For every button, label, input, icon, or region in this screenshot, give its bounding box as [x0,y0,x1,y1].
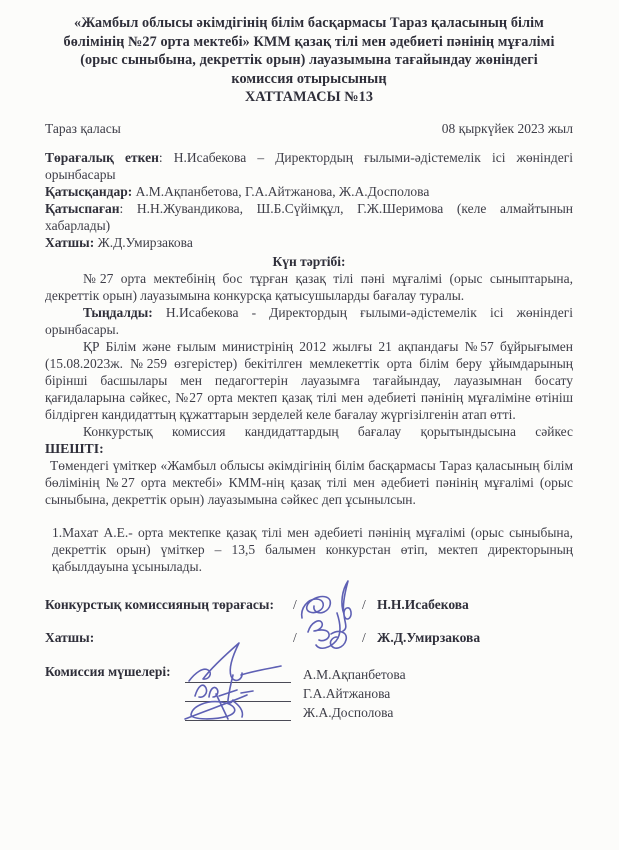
member-3-name: Ж.А.Досполова [303,704,393,721]
secretary-label: Хатшы: [45,235,94,250]
chaired-by-label: Төрағалық еткен [45,150,159,165]
member-3-signature-icon [183,687,287,723]
secretary-value: Ж.Д.Умирзакова [94,235,193,250]
title-line-2: бөлімінің №27 орта мектебі» КММ қазақ ті… [45,33,573,52]
slash-separator: / [293,597,297,613]
agenda-paragraph: №27 орта мектебінің бос тұрған қазақ тіл… [45,270,573,304]
attendees-value: А.М.Ақпанбетова, Г.А.Айтжанова, Ж.А.Досп… [132,184,429,199]
slash-separator: / [362,630,366,646]
agenda-heading: Күн тәртібі: [45,253,573,270]
document-title: «Жамбыл облысы әкімдігінің білім басқарм… [45,14,573,107]
heard-label: Тыңдалды: [83,305,153,320]
candidate-item: 1.Махат А.Е.- орта мектепке қазақ тілі м… [52,524,573,575]
attendees-line: Қатысқандар: А.М.Ақпанбетова, Г.А.Айтжан… [45,183,573,200]
title-line-4: комиссия отырысының [45,70,573,89]
chairman-name: Н.Н.Исабекова [377,597,469,613]
members-label: Комиссия мүшелері: [45,664,185,721]
chaired-by-line: Төрағалық еткен: Н.Исабекова – Директорд… [45,149,573,183]
member-rows: А.М.Ақпанбетова Г.А.Айтжа [185,664,573,721]
secretary-name: Ж.Д.Умирзакова [377,630,480,646]
heard-paragraph: Тыңдалды: Н.Исабекова - Директордың ғылы… [45,304,573,338]
title-line-3: (орыс сыныбына, декреттік орын) лауазымы… [45,51,573,70]
order-paragraph: ҚР Білім және ғылым министрінің 2012 жыл… [45,338,573,423]
attendees-label: Қатысқандар: [45,184,132,199]
slash-separator: / [362,597,366,613]
decision-paragraph: Төмендегі үміткер «Жамбыл облысы әкімдіг… [45,457,573,508]
secretary-signature-label: Хатшы: [45,630,94,646]
absent-label: Қатыспаған [45,201,120,216]
absent-line: Қатыспаған: Н.Н.Жувандикова, Ш.Б.Сүйімқұ… [45,200,573,234]
secretary-signature-row: Хатшы: / / Ж.Д.Умирзакова [45,630,573,650]
member-signature-row: Ж.А.Досполова [185,702,573,721]
decision-lead-paragraph: Конкурстық комиссия кандидаттардың бағал… [45,423,573,440]
protocol-number: ХАТТАМАСЫ №13 [45,88,573,107]
title-line-1: «Жамбыл облысы әкімдігінің білім басқарм… [45,14,573,33]
chairman-signature-label: Конкурстық комиссияның төрағасы: [45,597,274,613]
dateline: Тараз қаласы 08 қыркүйек 2023 жыл [45,120,573,137]
date-label: 08 қыркүйек 2023 жыл [442,120,573,137]
absent-value: : Н.Н.Жувандикова, Ш.Б.Сүйімқұл, Г.Ж.Шер… [45,201,573,233]
scanned-protocol-document: «Жамбыл облысы әкімдігінің білім басқарм… [0,0,619,850]
signature-line [185,705,291,721]
member-1-name: А.М.Ақпанбетова [303,666,406,683]
document-content: «Жамбыл облысы әкімдігінің білім басқарм… [0,0,619,721]
participants-block: Төрағалық еткен: Н.Исабекова – Директорд… [45,149,573,251]
secretary-signature-icon [301,610,359,662]
place-label: Тараз қаласы [45,120,121,137]
slash-separator: / [293,630,297,646]
decision-word: ШЕШТІ: [45,440,573,457]
signatures-block: Конкурстық комиссияның төрағасы: / / Н.Н… [45,597,573,721]
secretary-line: Хатшы: Ж.Д.Умирзакова [45,234,573,251]
member-2-name: Г.А.Айтжанова [303,685,390,702]
members-signature-block: Комиссия мүшелері: А.М.Ақпанбетова [45,664,573,721]
